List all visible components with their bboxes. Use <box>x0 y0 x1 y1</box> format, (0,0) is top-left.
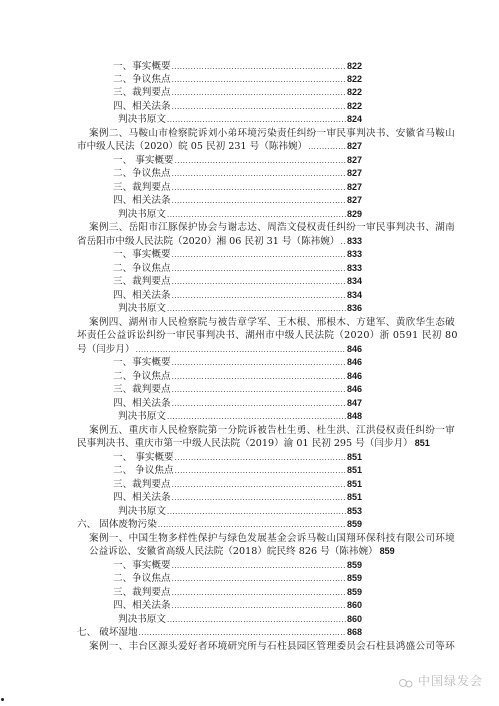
leader-dots <box>172 384 346 397</box>
toc-section-entry[interactable]: 六、 固体废物污染859 <box>77 518 362 531</box>
toc-entry[interactable]: 二、争议焦点833 <box>113 262 362 275</box>
page-number: 824 <box>347 113 362 126</box>
entry-label: 二、争议焦点 <box>113 73 171 86</box>
toc-page: 一、事实概要822 二、争议焦点822 三、裁判要点822 四、相关法条822 … <box>0 0 499 706</box>
entry-label: 三、裁判要点 <box>113 478 171 491</box>
toc-entry[interactable]: 二、争议焦点859 <box>113 572 362 585</box>
entry-label: 判决书原文 <box>118 505 166 518</box>
page-number: 833 <box>347 235 362 248</box>
entry-label: 三、裁判要点 <box>113 275 171 288</box>
toc-entry[interactable]: 判决书原文853 <box>118 505 362 518</box>
leader-dots <box>308 141 346 154</box>
wechat-icon <box>398 677 414 687</box>
entry-label: 判决书原文 <box>118 208 166 221</box>
page-number: 827 <box>347 181 362 194</box>
entry-label: 一、 事实概要 <box>113 451 174 464</box>
leader-dots <box>167 411 346 424</box>
entry-label: 市中级人民法（2020）皖 05 民初 231 号（陈祎婉） <box>77 140 307 153</box>
leader-dots <box>139 627 346 640</box>
page-number: 846 <box>347 370 362 383</box>
leader-dots <box>172 87 346 100</box>
toc-entry[interactable]: 三、裁判要点834 <box>113 275 362 288</box>
page-number: 853 <box>347 505 362 518</box>
leader-dots <box>172 276 346 289</box>
entry-label: 二、争议焦点 <box>113 167 171 180</box>
page-number: 822 <box>347 86 362 99</box>
page-number: 846 <box>347 356 362 369</box>
case-title-line[interactable]: 坏责任公益诉讼纠纷一审民事判决书、湖州市中级人民法院（2020）浙 0591 民… <box>77 329 458 342</box>
toc-entry[interactable]: 二、 争议焦点851 <box>113 464 362 477</box>
stray-dot <box>1 698 4 701</box>
page-number: 859 <box>347 572 362 585</box>
toc-entry[interactable]: 号（闫步月）846 <box>77 343 362 356</box>
page-number: 859 <box>347 586 362 599</box>
entry-label: 二、 争议焦点 <box>113 464 174 477</box>
page-number: 836 <box>347 302 362 315</box>
page-number: 859 <box>347 559 362 572</box>
page-number: 851 <box>415 437 430 450</box>
entry-label: 判决书原文 <box>118 613 166 626</box>
toc-entry[interactable]: 二、争议焦点827 <box>113 167 362 180</box>
page-number: 833 <box>347 262 362 275</box>
toc-entry[interactable]: 一、 事实概要827 <box>113 154 362 167</box>
toc-entry[interactable]: 四、相关法条851 <box>113 491 362 504</box>
page-number: 859 <box>380 545 395 558</box>
toc-entry[interactable]: 民事判决书、重庆市第一中级人民法院（2019）渝 01 民初 295 号（闫步月… <box>77 437 362 450</box>
entry-label: 判决书原文 <box>118 410 166 423</box>
page-number: 822 <box>347 73 362 86</box>
entry-label: 二、争议焦点 <box>113 370 171 383</box>
toc-entry[interactable]: 四、相关法条847 <box>113 397 362 410</box>
case-title-line[interactable]: 案例一、丰台区源头爱好者环境研究所与石柱县园区管理委员会石柱县鸿盛公司等环 <box>89 640 455 653</box>
toc-entry[interactable]: 省岳阳市中级人民法院（2020）湘 06 民初 31 号（陈祎婉）833 <box>77 235 362 248</box>
leader-dots <box>172 492 346 505</box>
entry-label: 二、争议焦点 <box>113 572 171 585</box>
page-number: 827 <box>347 140 362 153</box>
toc-entry[interactable]: 判决书原文860 <box>118 613 362 626</box>
page-number: 822 <box>347 100 362 113</box>
leader-dots <box>172 573 346 586</box>
entry-label: 四、相关法条 <box>113 599 171 612</box>
page-number: 846 <box>347 343 362 356</box>
toc-entry[interactable]: 一、 事实概要851 <box>113 451 362 464</box>
entry-label: 判决书原文 <box>118 113 166 126</box>
toc-entry[interactable]: 三、裁判要点846 <box>113 383 362 396</box>
toc-entry[interactable]: 四、相关法条860 <box>113 599 362 612</box>
page-number: 859 <box>347 518 362 531</box>
entry-label: 一、事实概要 <box>113 356 171 369</box>
entry-label: 一、事实概要 <box>113 559 171 572</box>
case-title-line[interactable]: 案例一、中国生物多样性保护与绿色发展基金会诉马鞍山国翔环保科技有限公司环境 <box>89 532 455 545</box>
toc-entry[interactable]: 三、裁判要点859 <box>113 586 362 599</box>
toc-entry[interactable]: 一、事实概要833 <box>113 248 362 261</box>
page-number: 868 <box>347 626 362 639</box>
entry-label: 四、相关法条 <box>113 194 171 207</box>
toc-entry[interactable]: 市中级人民法（2020）皖 05 民初 231 号（陈祎婉）827 <box>77 140 362 153</box>
toc-entry[interactable]: 判决书原文824 <box>118 113 362 126</box>
leader-dots <box>172 195 346 208</box>
page-number: 851 <box>347 491 362 504</box>
entry-label: 民事判决书、重庆市第一中级人民法院（2019）渝 01 民初 295 号（闫步月… <box>77 437 413 450</box>
page-number: 834 <box>347 275 362 288</box>
page-number: 860 <box>347 599 362 612</box>
toc-entry[interactable]: 一、事实概要822 <box>113 60 362 73</box>
leader-dots <box>172 249 346 262</box>
leader-dots <box>172 600 346 613</box>
entry-label: 四、相关法条 <box>113 100 171 113</box>
toc-section-entry[interactable]: 七、 破坏湿地868 <box>77 626 362 639</box>
toc-entry[interactable]: 三、裁判要点822 <box>113 86 362 99</box>
entry-label: 一、事实概要 <box>113 248 171 261</box>
entry-label: 一、事实概要 <box>113 60 171 73</box>
entry-label: 公益诉讼、安徽省高级人民法院（2018）皖民终 826 号（陈祎婉） <box>89 545 378 558</box>
page-number: 827 <box>347 167 362 180</box>
page-number: 851 <box>347 478 362 491</box>
page-number: 851 <box>347 464 362 477</box>
case-title-line[interactable]: 案例三、岳阳市江豚保护协会与谢志达、周浩文侵权责任纠纷一审民事判决书、湖南 <box>89 221 455 234</box>
page-number: 822 <box>347 60 362 73</box>
entry-label: 二、争议焦点 <box>113 262 171 275</box>
leader-dots <box>167 114 346 127</box>
page-number: 827 <box>347 154 362 167</box>
page-number: 833 <box>347 248 362 261</box>
leader-dots <box>175 465 346 478</box>
page-number: 829 <box>347 208 362 221</box>
entry-label: 三、裁判要点 <box>113 383 171 396</box>
toc-entry[interactable]: 二、争议焦点822 <box>113 73 362 86</box>
entry-label: 四、相关法条 <box>113 289 171 302</box>
watermark: 中国绿发会 <box>398 672 483 689</box>
page-number: 847 <box>347 397 362 410</box>
toc-entry[interactable]: 三、裁判要点851 <box>113 478 362 491</box>
leader-dots <box>172 168 346 181</box>
page-number: 848 <box>347 410 362 423</box>
toc-entry[interactable]: 三、裁判要点827 <box>113 181 362 194</box>
toc-entry[interactable]: 判决书原文836 <box>118 302 362 315</box>
case-title-line[interactable]: 案例四、湖州市人民检察院与被告章学军、王木根、邢根木、方建军、黄欣华生态破 <box>89 316 455 329</box>
page-number: 834 <box>347 289 362 302</box>
entry-label: 一、 事实概要 <box>113 154 174 167</box>
case-title-line[interactable]: 案例二、马鞍山市检察院诉刘小弟环境污染责任纠纷一审民事判决书、安徽省马鞍山 <box>89 127 455 140</box>
section-label: 七、 破坏湿地 <box>77 626 138 639</box>
toc-entry[interactable]: 四、相关法条834 <box>113 289 362 302</box>
entry-label: 四、相关法条 <box>113 397 171 410</box>
entry-label: 号（闫步月） <box>77 343 135 356</box>
entry-label: 判决书原文 <box>118 302 166 315</box>
page-number: 827 <box>347 194 362 207</box>
toc-entry[interactable]: 一、事实概要859 <box>113 559 362 572</box>
section-label: 六、 固体废物污染 <box>77 518 157 531</box>
toc-entry[interactable]: 四、相关法条827 <box>113 194 362 207</box>
leader-dots <box>158 519 346 532</box>
toc-entry[interactable]: 一、事实概要846 <box>113 356 362 369</box>
entry-label: 三、裁判要点 <box>113 86 171 99</box>
watermark-text: 中国绿发会 <box>418 674 483 688</box>
toc-entry[interactable]: 判决书原文848 <box>118 410 362 423</box>
case-title-line[interactable]: 案例五、重庆市人民检察院第一分院诉被告杜生勇、杜生洪、江洪侵权责任纠纷一审 <box>89 424 455 437</box>
page-number: 860 <box>347 613 362 626</box>
toc-entry[interactable]: 二、争议焦点846 <box>113 370 362 383</box>
toc-entry[interactable]: 四、相关法条822 <box>113 100 362 113</box>
entry-label: 三、裁判要点 <box>113 181 171 194</box>
toc-entry[interactable]: 公益诉讼、安徽省高级人民法院（2018）皖民终 826 号（陈祎婉）859 <box>89 545 362 558</box>
entry-label: 三、裁判要点 <box>113 586 171 599</box>
toc-entry[interactable]: 判决书原文829 <box>118 208 362 221</box>
leader-dots <box>167 303 346 316</box>
page-number: 846 <box>347 383 362 396</box>
entry-label: 省岳阳市中级人民法院（2020）湘 06 民初 31 号（陈祎婉） <box>77 235 340 248</box>
page-number: 851 <box>347 451 362 464</box>
entry-label: 四、相关法条 <box>113 491 171 504</box>
leader-dots <box>172 357 346 370</box>
